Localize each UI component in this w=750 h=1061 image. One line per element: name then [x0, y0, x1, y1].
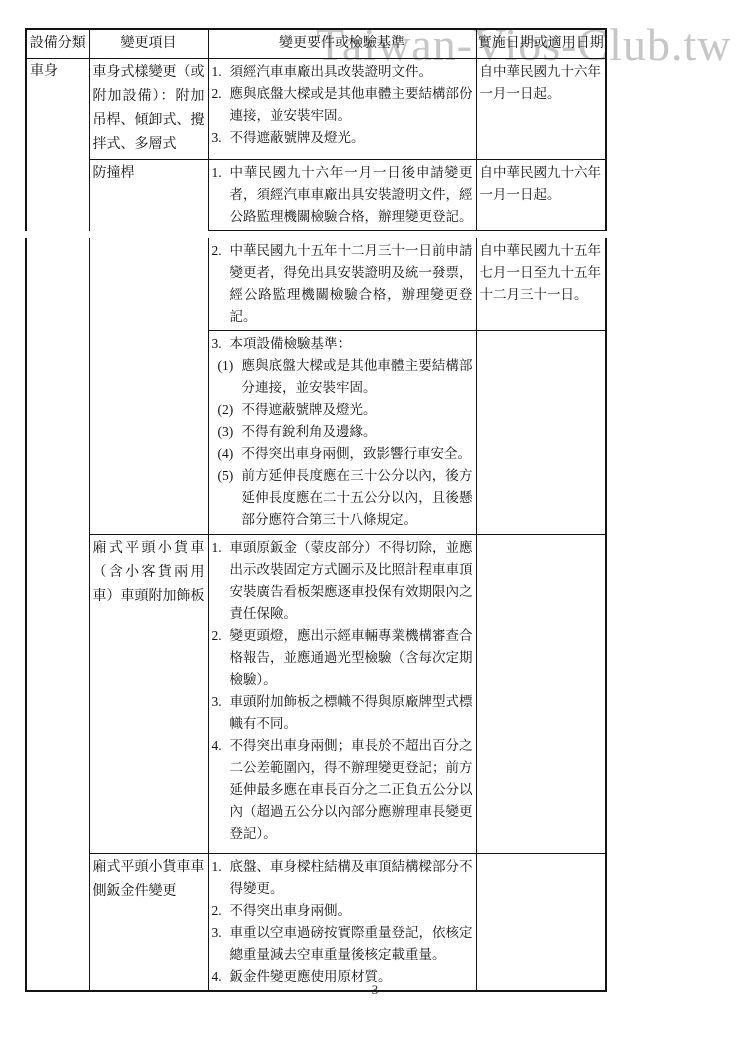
item-cell: 車身式樣變更（或附加設備）：附加吊桿、傾卸式、攪拌式、多層式	[89, 59, 208, 160]
requirement-number: (1)	[218, 355, 242, 377]
requirement-text: 本項設備檢驗基準：	[230, 333, 473, 355]
sub-requirement: (4)不得突出車身兩側，致影響行車安全。	[218, 443, 473, 465]
requirement-number: (2)	[218, 399, 242, 421]
requirement: 2.變更頭燈，應出示經車輛專業機構審查合格報告，並應通過光型檢驗（含每次定期檢驗…	[212, 625, 473, 691]
requirement-text: 底盤、車身樑柱結構及車頂結構樑部分不得變更。	[230, 856, 473, 900]
requirements-cell: 1.車頭原鈑金（蒙皮部分）不得切除，並應出示改裝固定方式圖示及比照計程車車頂安裝…	[208, 534, 476, 853]
requirement: 3.車重以空車過磅按實際重量登記，依核定總重量減去空車重量後核定載重量。	[212, 922, 473, 966]
requirement-number: 3.	[212, 691, 230, 713]
category-cell	[26, 238, 89, 991]
table-body: 車身車身式樣變更（或附加設備）：附加吊桿、傾卸式、攪拌式、多層式1.須經汽車車廠…	[26, 59, 606, 991]
requirement-number: 2.	[212, 625, 230, 647]
requirement-text: 中華民國九十五年十二月三十一日前申請變更者，得免出具安裝證明及統一發票，經公路監…	[230, 240, 473, 328]
requirement-text: 不得遮蔽號牌及燈光。	[230, 127, 473, 149]
date-cell	[476, 534, 606, 853]
requirement: 2.應與底盤大樑或是其他車體主要結構部份連接，並安裝牢固。	[212, 83, 473, 127]
requirement: 1.車頭原鈑金（蒙皮部分）不得切除，並應出示改裝固定方式圖示及比照計程車車頂安裝…	[212, 537, 473, 625]
date-cell: 自中華民國九十五年七月一日至九十五年十二月三十一日。	[476, 238, 606, 331]
requirement-text: 不得突出車身兩側；車長於不超出百分之二公差範圍內，得不辦理變更登記；前方延伸最多…	[230, 735, 473, 845]
requirement-text: 不得突出車身兩側，致影響行車安全。	[242, 443, 473, 465]
gap-cell	[476, 231, 606, 238]
item-cell	[89, 238, 208, 535]
requirement-number: 3.	[212, 333, 230, 355]
requirement-text: 車頭原鈑金（蒙皮部分）不得切除，並應出示改裝固定方式圖示及比照計程車車頂安裝廣告…	[230, 537, 473, 625]
requirement-number: 2.	[212, 240, 230, 262]
requirement: 3.不得遮蔽號牌及燈光。	[212, 127, 473, 149]
requirement: 3.車頭附加飾板之標幟不得與原廠牌型式標幟有不同。	[212, 691, 473, 735]
table-gap-row	[26, 231, 606, 238]
requirements-cell: 1.須經汽車車廠出具改裝證明文件。2.應與底盤大樑或是其他車體主要結構部份連接，…	[208, 59, 476, 160]
requirement-text: 應與底盤大樑或是其他車體主要結構部分連接，並安裝牢固。	[242, 355, 473, 399]
header-change-item: 變更項目	[89, 29, 208, 59]
requirement-number: 1.	[212, 162, 230, 184]
table-header-row: 設備分類 變更項目 變更要件或檢驗基準 實施日期或適用日期	[26, 29, 606, 59]
sub-requirement: (1)應與底盤大樑或是其他車體主要結構部分連接，並安裝牢固。	[218, 355, 473, 399]
item-cell: 防撞桿	[89, 160, 208, 231]
requirements-cell: 3.本項設備檢驗基準：(1)應與底盤大樑或是其他車體主要結構部分連接，並安裝牢固…	[208, 330, 476, 534]
item-cell: 廂式平頭小貨車車側鈑金件變更	[89, 853, 208, 991]
sub-requirement: (3)不得有銳利角及邊緣。	[218, 421, 473, 443]
gap-cell	[208, 231, 476, 238]
page-number: 3	[0, 982, 750, 998]
requirement: 4.不得突出車身兩側；車長於不超出百分之二公差範圍內，得不辦理變更登記；前方延伸…	[212, 735, 473, 845]
table-row: 防撞桿1.中華民國九十六年一月一日後申請變更者，須經汽車車廠出具安裝證明文件，經…	[26, 160, 606, 231]
requirement: 1.中華民國九十六年一月一日後申請變更者，須經汽車車廠出具安裝證明文件，經公路監…	[212, 162, 473, 228]
requirement-text: 中華民國九十六年一月一日後申請變更者，須經汽車車廠出具安裝證明文件，經公路監理機…	[230, 162, 473, 228]
gap-cell	[26, 231, 89, 238]
table-row: 2.中華民國九十五年十二月三十一日前申請變更者，得免出具安裝證明及統一發票，經公…	[26, 238, 606, 331]
regulation-table-container: 設備分類 變更項目 變更要件或檢驗基準 實施日期或適用日期 車身車身式樣變更（或…	[25, 28, 605, 992]
requirement-number: 4.	[212, 735, 230, 757]
requirement-number: 1.	[212, 856, 230, 878]
date-cell	[476, 853, 606, 991]
requirement-text: 不得突出車身兩側。	[230, 900, 473, 922]
table-row: 廂式平頭小貨車車側鈑金件變更1.底盤、車身樑柱結構及車頂結構樑部分不得變更。2.…	[26, 853, 606, 991]
requirement-text: 車重以空車過磅按實際重量登記，依核定總重量減去空車重量後核定載重量。	[230, 922, 473, 966]
requirement-text: 應與底盤大樑或是其他車體主要結構部份連接，並安裝牢固。	[230, 83, 473, 127]
header-equipment-category: 設備分類	[26, 29, 89, 59]
requirement-text: 車頭附加飾板之標幟不得與原廠牌型式標幟有不同。	[230, 691, 473, 735]
date-cell: 自中華民國九十六年一月一日起。	[476, 160, 606, 231]
requirement-number: (5)	[218, 465, 242, 487]
requirement-text: 不得遮蔽號牌及燈光。	[242, 399, 473, 421]
requirement-number: 2.	[212, 900, 230, 922]
date-cell: 自中華民國九十六年一月一日起。	[476, 59, 606, 160]
item-cell: 廂式平頭小貨車（含小客貨兩用車）車頭附加飾板	[89, 534, 208, 853]
header-requirements: 變更要件或檢驗基準	[208, 29, 476, 59]
sub-requirement: (2)不得遮蔽號牌及燈光。	[218, 399, 473, 421]
requirement-number: 1.	[212, 537, 230, 559]
requirements-cell: 1.底盤、車身樑柱結構及車頂結構樑部分不得變更。2.不得突出車身兩側。3.車重以…	[208, 853, 476, 991]
table-row: 車身車身式樣變更（或附加設備）：附加吊桿、傾卸式、攪拌式、多層式1.須經汽車車廠…	[26, 59, 606, 160]
table-row: 廂式平頭小貨車（含小客貨兩用車）車頭附加飾板1.車頭原鈑金（蒙皮部分）不得切除，…	[26, 534, 606, 853]
requirement: 1.底盤、車身樑柱結構及車頂結構樑部分不得變更。	[212, 856, 473, 900]
requirement-number: (4)	[218, 443, 242, 465]
requirement-number: 1.	[212, 61, 230, 83]
header-implementation-date: 實施日期或適用日期	[476, 29, 606, 59]
regulation-table: 設備分類 變更項目 變更要件或檢驗基準 實施日期或適用日期 車身車身式樣變更（或…	[25, 28, 607, 992]
requirement-number: 3.	[212, 127, 230, 149]
requirement-number: (3)	[218, 421, 242, 443]
requirement-text: 須經汽車車廠出具改裝證明文件。	[230, 61, 473, 83]
requirement: 2.不得突出車身兩側。	[212, 900, 473, 922]
document-page: Taiwan-Vios-Club.tw 設備分類 變更項目 變更要件或檢驗基準 …	[0, 0, 750, 1061]
requirements-cell: 1.中華民國九十六年一月一日後申請變更者，須經汽車車廠出具安裝證明文件，經公路監…	[208, 160, 476, 231]
requirement-text: 變更頭燈，應出示經車輛專業機構審查合格報告，並應通過光型檢驗（含每次定期檢驗）。	[230, 625, 473, 691]
requirement-text: 不得有銳利角及邊緣。	[242, 421, 473, 443]
requirement: 1.須經汽車車廠出具改裝證明文件。	[212, 61, 473, 83]
category-cell: 車身	[26, 59, 89, 231]
sub-requirement: (5)前方延伸長度應在三十公分以內，後方延伸長度應在二十五公分以內，且後懸部分應…	[218, 465, 473, 531]
date-cell	[476, 330, 606, 534]
requirement: 3.本項設備檢驗基準：	[212, 333, 473, 355]
requirement-number: 3.	[212, 922, 230, 944]
requirement-number: 2.	[212, 83, 230, 105]
requirement: 2.中華民國九十五年十二月三十一日前申請變更者，得免出具安裝證明及統一發票，經公…	[212, 240, 473, 328]
requirements-cell: 2.中華民國九十五年十二月三十一日前申請變更者，得免出具安裝證明及統一發票，經公…	[208, 238, 476, 331]
gap-cell	[89, 231, 208, 238]
requirement-text: 前方延伸長度應在三十公分以內，後方延伸長度應在二十五公分以內，且後懸部分應符合第…	[242, 465, 473, 531]
